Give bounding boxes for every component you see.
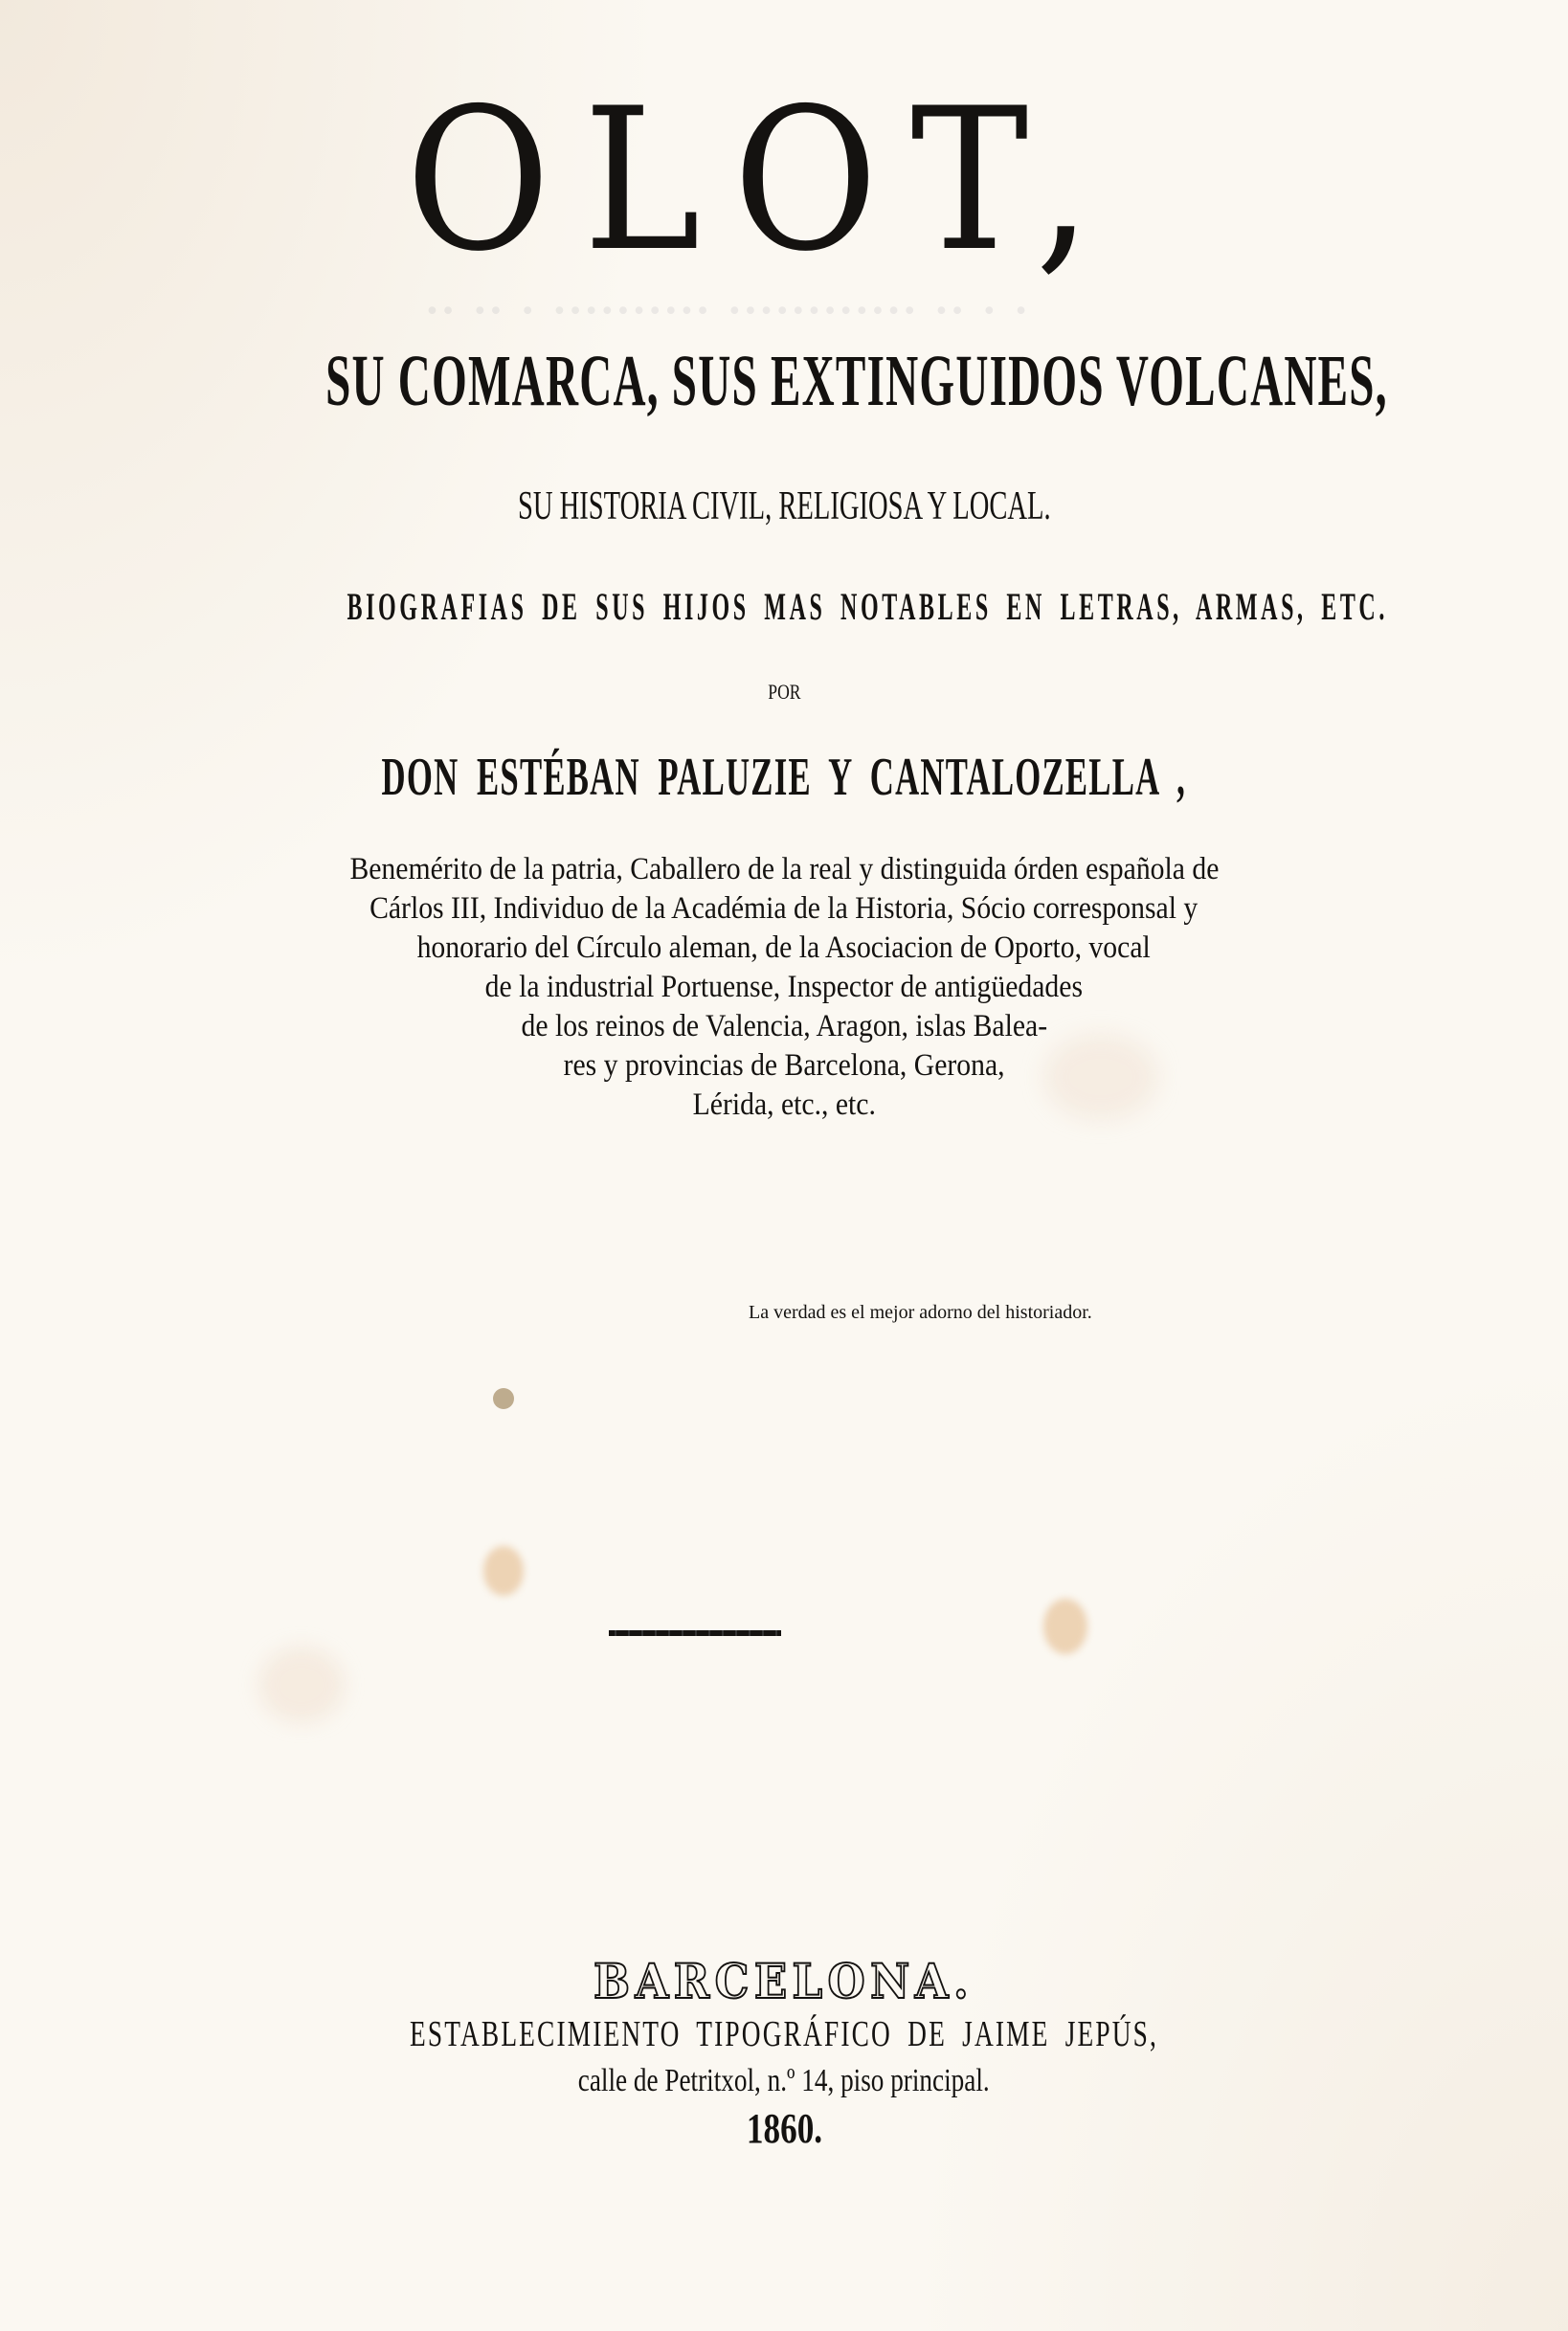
imprint-city: BARCELONA. (0, 1953, 1568, 2009)
imprint-printer: ESTABLECIMIENTO TIPOGRÁFICO DE JAIME JEP… (0, 2013, 1568, 2055)
author-honors: Benemérito de la patria, Caballero de la… (0, 850, 1568, 1125)
epigraph-motto: La verdad es el mejor adorno del histori… (749, 1302, 1092, 1324)
subtitle-line-2: SU HISTORIA CIVIL, RELIGIOSA Y LOCAL. (0, 483, 1568, 529)
foxing-stain (483, 1546, 524, 1596)
foxing-stain (1043, 1599, 1087, 1654)
honors-line: Benemérito de la patria, Caballero de la… (0, 850, 1568, 889)
honors-line: res y provincias de Barcelona, Gerona, (0, 1046, 1568, 1086)
subtitle-line-3: BIOGRAFIAS DE SUS HIJOS MAS NOTABLES EN … (0, 584, 1568, 629)
honors-line: Cárlos III, Individuo de la Académia de … (0, 889, 1568, 929)
imprint-address: calle de Petritxol, n.º 14, piso princip… (0, 2063, 1568, 2099)
author-name: DON ESTÉBAN PALUZIE Y CANTALOZELLA , (0, 747, 1568, 808)
honors-line: Lérida, etc., etc. (0, 1086, 1568, 1125)
honors-line: de los reinos de Valencia, Aragon, islas… (0, 1007, 1568, 1046)
scanned-page: ·· ·· · ·········· ············ ·· · · O… (0, 0, 1568, 2331)
foxing-stain (258, 1647, 345, 1723)
subtitle-line-1: SU COMARCA, SUS EXTINGUIDOS VOLCANES, (0, 340, 1568, 423)
honors-line: honorario del Círculo aleman, de la Asoc… (0, 929, 1568, 968)
book-title: OLOT, (59, 67, 1470, 295)
by-label: POR (0, 680, 1568, 705)
honors-line: de la industrial Portuense, Inspector de… (0, 968, 1568, 1007)
foxing-stain (493, 1388, 514, 1409)
decorative-rule (609, 1630, 781, 1636)
imprint-year: 1860. (0, 2104, 1568, 2153)
